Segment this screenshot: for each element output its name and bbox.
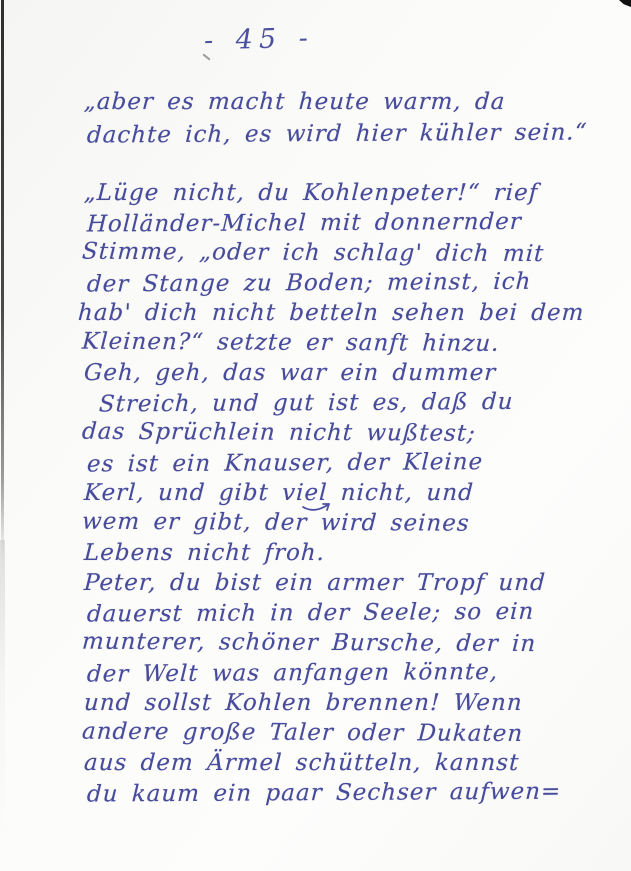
manuscript-text: „aber es macht heute warm, dadachte ich,… xyxy=(84,86,589,808)
transposition-arrow-icon xyxy=(300,498,338,516)
scan-corner-mark xyxy=(615,0,631,7)
manuscript-line: hab' dich nicht betteln sehen bei dem xyxy=(77,298,590,328)
manuscript-line: „aber es macht heute warm, da xyxy=(83,86,590,118)
scan-edge-left-fade xyxy=(0,540,5,840)
manuscript-line: munterer, schöner Bursche, der in xyxy=(81,627,588,660)
manuscript-line: dachte ich, es wird hier kühler sein.“ xyxy=(86,116,593,151)
manuscript-line: es ist ein Knauser, der Kleine xyxy=(86,446,593,479)
scan-edge-left xyxy=(1,0,4,560)
manuscript-line: „Lüge nicht, du Kohlenpeter!“ rief xyxy=(83,178,590,208)
manuscript-line: der Welt was anfangen könnte, xyxy=(86,656,593,689)
manuscript-line: dauerst mich in der Seele; so ein xyxy=(86,596,593,629)
manuscript-line: der Stange zu Boden; meinst, ich xyxy=(86,266,593,299)
paragraph-michel-speech: „Lüge nicht, du Kohlenpeter!“ riefHollän… xyxy=(84,178,589,358)
manuscript-line: andere große Taler oder Dukaten xyxy=(81,717,588,750)
manuscript-line: das Sprüchlein nicht wußtest; xyxy=(81,417,588,450)
paragraph-peter-speech: Peter, du bist ein armer Tropf unddauers… xyxy=(84,568,589,808)
manuscript-line: Kleinen?“ setzte er sanft hinzu. xyxy=(81,327,588,360)
manuscript-line: du kaum ein paar Sechser aufwen= xyxy=(86,776,593,809)
page-number: - 45 - xyxy=(204,23,315,57)
paragraph-opening-quote: „aber es macht heute warm, dadachte ich,… xyxy=(84,86,589,150)
manuscript-line: Holländer-Michel mit donnernder xyxy=(86,206,593,239)
manuscript-line: Stimme, „oder ich schlag' dich mit xyxy=(81,237,588,270)
manuscript-line: und sollst Kohlen brennen! Wenn xyxy=(83,688,590,718)
paragraph-geh-geh: Geh, geh, das war ein dummerStreich, und… xyxy=(84,358,589,568)
manuscript-line: Streich, und gut ist es, daß du xyxy=(98,386,593,419)
manuscript-line: Geh, geh, das war ein dummer xyxy=(83,358,590,388)
manuscript-line: Peter, du bist ein armer Tropf und xyxy=(83,568,590,598)
scanned-manuscript-page: - 45 - „aber es macht heute warm, dadach… xyxy=(0,0,631,871)
manuscript-line: Lebens nicht froh. xyxy=(83,538,590,568)
manuscript-line: aus dem Ärmel schütteln, kannst xyxy=(83,748,590,778)
